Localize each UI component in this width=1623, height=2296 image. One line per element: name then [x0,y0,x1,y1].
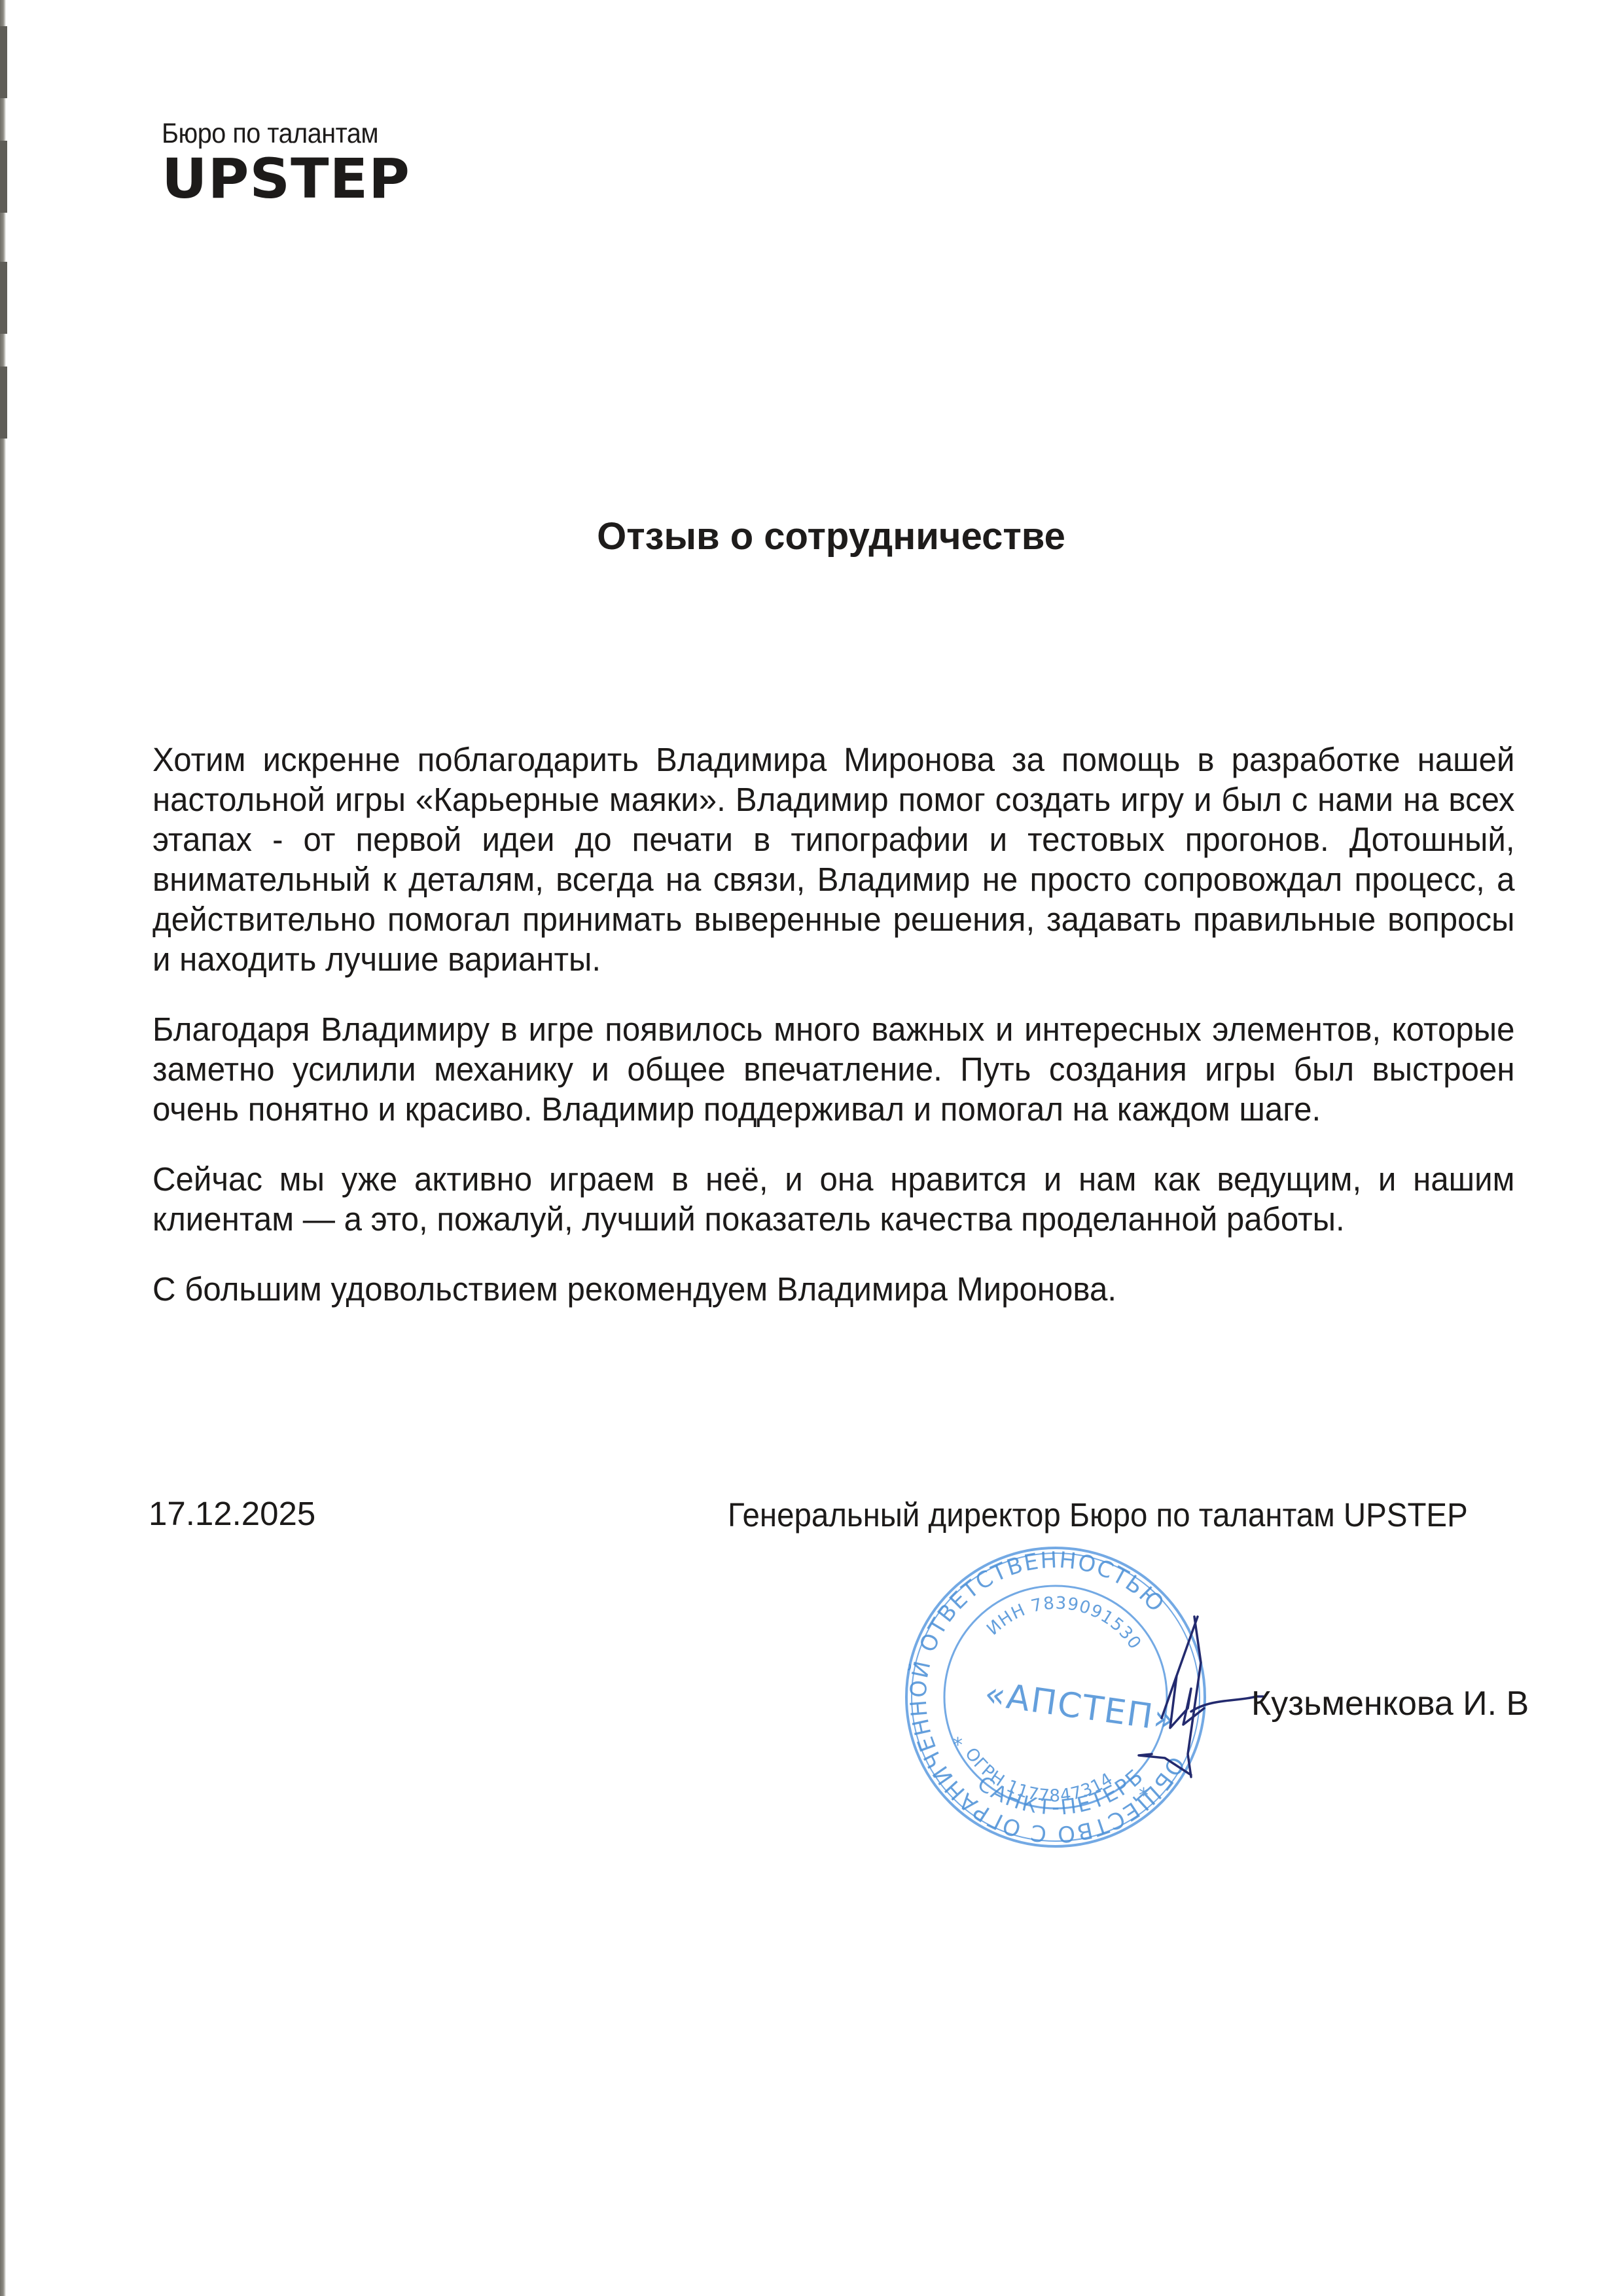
signer-name: Кузьменкова И. В [1251,1684,1529,1723]
scan-edge-notch [0,262,7,334]
scan-edge-notch [0,367,7,439]
scan-edge-notch [0,141,7,213]
paragraph-result: Сейчас мы уже активно играем в неё, и он… [152,1159,1515,1239]
scan-edge-artifact [0,0,6,2296]
document-date: 17.12.2025 [149,1494,315,1534]
letterhead-brand: UPSTEP [162,151,410,207]
paragraph-gratitude: Хотим искренне поблагодарить Владимира М… [152,740,1515,979]
svg-text:ИНН 7839091530: ИНН 7839091530 [983,1594,1145,1653]
paragraph-contribution: Благодаря Владимиру в игре появилось мно… [152,1009,1515,1129]
scan-edge-notch [0,26,7,98]
signer-position: Генеральный директор Бюро по талантам UP… [728,1496,1468,1535]
paragraph-recommendation: С большим удовольствием рекомендуем Влад… [152,1269,1515,1309]
document-title: Отзыв о сотрудничестве [0,514,1623,558]
letterhead-logo: Бюро по талантам UPSTEP [162,118,406,207]
document-body: Хотим искренне поблагодарить Владимира М… [152,740,1515,1309]
stamp-inn: ИНН 7839091530 [983,1594,1145,1653]
letterhead-subtitle: Бюро по талантам [162,118,386,149]
stamp-star-left: * [953,1734,963,1757]
